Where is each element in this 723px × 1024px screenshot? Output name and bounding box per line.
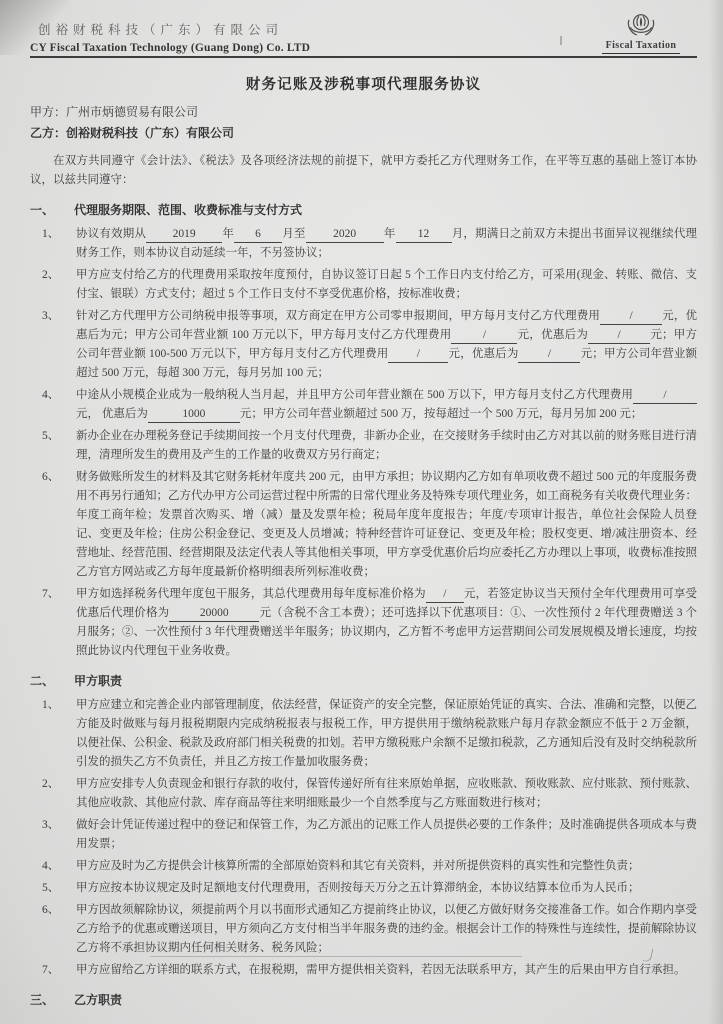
clause: 4、中途从小规模企业成为一般纳税人当月起，并且甲方公司年营业额在 500 万以下… — [30, 386, 697, 424]
clause-text: 甲方应留给乙方详细的联系方式，在报税期，需甲方提供相关资料，若因无法联系甲方，其… — [76, 961, 697, 980]
preamble: 在双方共同遵守《会计法》、《税法》及各项经济法规的前提下，就甲方委托乙方代理财务… — [30, 152, 697, 190]
clause: 5、甲方应按本协议规定及时足额地支付代理费用，否则按每天万分之五计算滞纳金，本协… — [30, 879, 697, 898]
clause-text: 甲方应建立和完善企业内部管理制度，依法经营，保证资产的安全完整，保证原始凭证的真… — [76, 696, 697, 772]
fill-in-blank: / — [588, 329, 650, 344]
clause-text: 甲方应支付给乙方的代理费用采取按年度预付，自协议签订日起 5 个工作日内支付给乙… — [76, 266, 697, 304]
clause-number: 7、 — [42, 961, 76, 980]
clause: 6、财务做账所发生的材料及其它财务耗材年度共 200 元，由甲方承担；协议期内乙… — [30, 468, 697, 582]
clause-number: 6、 — [42, 901, 76, 958]
section-heading: 三、乙方职责 — [30, 991, 697, 1008]
fill-in-blank: 2019 — [146, 228, 222, 243]
parties-block: 甲方：广州市炳德贸易有限公司乙方：创裕财税科技（广东）有限公司 — [30, 103, 697, 143]
clause-number: 2、 — [42, 266, 76, 304]
clause: 5、新办企业在办理税务登记手续期间按一个月支付代理费，非新办企业，在交接财务手续… — [30, 427, 697, 465]
fill-in-blank: / — [600, 310, 662, 325]
fill-in-blank: 12 — [396, 228, 452, 243]
section-title: 代理服务期限、范围、收费标准与支付方式 — [74, 201, 302, 218]
scanned-contract-page: 创裕财税科技（广东）有限公司 CY Fiscal Taxation Techno… — [0, 0, 723, 1024]
clause-number: 5、 — [42, 879, 76, 898]
fill-in-blank: 1000 — [148, 408, 240, 423]
section-number: 三、 — [30, 991, 74, 1008]
clause-number: 3、 — [42, 307, 76, 383]
company-name-en: CY Fiscal Taxation Technology (Guang Don… — [30, 42, 310, 54]
party-b-line: 乙方：创裕财税科技（广东）有限公司 — [30, 124, 697, 143]
clause-number: 6、 — [42, 468, 76, 582]
clause: 1、甲方应建立和完善企业内部管理制度，依法经营，保证资产的安全完整，保证原始凭证… — [30, 696, 697, 772]
letterhead: 创裕财税科技（广东）有限公司 CY Fiscal Taxation Techno… — [30, 10, 697, 58]
clause: 6、甲方因故须解除协议，须提前两个月以书面形式通知乙方提前终止协议，以便乙方做好… — [30, 901, 697, 958]
clause: 2、甲方应安排专人负责现金和银行存款的收付，保管传递好所有往来原始单据，应收账款… — [30, 775, 697, 813]
fill-in-blank: 6 — [234, 228, 282, 243]
clause: 7、甲方应留给乙方详细的联系方式，在报税期，需甲方提供相关资料，若因无法联系甲方… — [30, 961, 697, 980]
clause-number: 3、 — [42, 816, 76, 854]
section-heading: 二、甲方职责 — [30, 672, 697, 689]
clause: 1、协议有效期从2019年6月至2020年12月，期满日之前双方未提出书面异议视… — [30, 225, 697, 263]
fill-in-blank: / — [518, 348, 580, 363]
clause-number: 1、 — [42, 225, 76, 263]
clause-text: 财务做账所发生的材料及其它财务耗材年度共 200 元，由甲方承担；协议期内乙方如… — [76, 468, 697, 582]
party-name: 广州市炳德贸易有限公司 — [66, 105, 198, 119]
fill-in-blank: 20000 — [169, 607, 259, 622]
clause: 3、做好会计凭证传递过程中的登记和保管工作，为乙方派出的记账工作人员提供必要的工… — [30, 816, 697, 854]
sections-container: 一、代理服务期限、范围、收费标准与支付方式1、协议有效期从2019年6月至202… — [30, 201, 697, 1008]
section-heading: 一、代理服务期限、范围、收费标准与支付方式 — [30, 201, 697, 218]
clause-number: 1、 — [42, 696, 76, 772]
clause-text: 甲方应按本协议规定及时足额地支付代理费用，否则按每天万分之五计算滞纳金，本协议结… — [76, 879, 697, 898]
clause-number: 4、 — [42, 857, 76, 876]
clause-number: 7、 — [42, 585, 76, 661]
party-label: 甲方： — [30, 105, 66, 119]
clause-text: 协议有效期从2019年6月至2020年12月，期满日之前双方未提出书面异议视继续… — [76, 225, 697, 263]
document-title: 财务记账及涉税事项代理服务协议 — [30, 73, 697, 94]
clause-text: 中途从小规模企业成为一般纳税人当月起，并且甲方公司年营业额在 500 万以下，甲… — [76, 386, 697, 424]
scan-artifact-line — [150, 956, 522, 957]
clause-text: 甲方应安排专人负责现金和银行存款的收付，保管传递好所有往来原始单据，应收账款、预… — [76, 775, 697, 813]
clause-text: 新办企业在办理税务登记手续期间按一个月支付代理费，非新办企业，在交接财务手续时由… — [76, 427, 697, 465]
party-a-line: 甲方：广州市炳德贸易有限公司 — [30, 103, 697, 122]
section-number: 一、 — [30, 201, 74, 218]
logo-caption: Fiscal Taxation — [602, 39, 681, 54]
company-name-cn: 创裕财税科技（广东）有限公司 — [38, 20, 310, 38]
fill-in-blank: / — [426, 588, 464, 603]
clause: 7、甲方如选择税务代理年度包干服务，其总代理费用每年度标准价格为/元，若签定协议… — [30, 585, 697, 661]
clause-number: 4、 — [42, 386, 76, 424]
section-number: 二、 — [30, 672, 74, 689]
clause-number: 2、 — [42, 775, 76, 813]
clause-text: 做好会计凭证传递过程中的登记和保管工作，为乙方派出的记账工作人员提供必要的工作条… — [76, 816, 697, 854]
clause-text: 甲方应及时为乙方提供会计核算所需的全部原始资料和其它有关资料，并对所提供资料的真… — [76, 857, 697, 876]
scan-artifact-dot — [560, 36, 562, 45]
clause-text: 甲方因故须解除协议，须提前两个月以书面形式通知乙方提前终止协议，以便乙方做好财务… — [76, 901, 697, 958]
fill-in-blank: / — [388, 348, 448, 363]
fiscal-taxation-logo-icon — [585, 11, 697, 39]
party-label: 乙方： — [30, 126, 66, 140]
fill-in-blank: 2020 — [306, 228, 384, 243]
clause-text: 甲方如选择税务代理年度包干服务，其总代理费用每年度标准价格为/元，若签定协议当天… — [76, 585, 697, 661]
section-title: 甲方职责 — [74, 672, 122, 689]
letterhead-company-block: 创裕财税科技（广东）有限公司 CY Fiscal Taxation Techno… — [30, 20, 310, 54]
clause: 3、针对乙方代理甲方公司纳税申报等事项，双方商定在甲方公司零申报期间，甲方每月支… — [30, 307, 697, 383]
clause: 2、甲方应支付给乙方的代理费用采取按年度预付，自协议签订日起 5 个工作日内支付… — [30, 266, 697, 304]
clause: 4、甲方应及时为乙方提供会计核算所需的全部原始资料和其它有关资料，并对所提供资料… — [30, 857, 697, 876]
fill-in-blank: / — [451, 329, 517, 344]
fill-in-blank: / — [633, 389, 697, 404]
party-name: 创裕财税科技（广东）有限公司 — [66, 126, 234, 140]
clause-number: 5、 — [42, 427, 76, 465]
section-title: 乙方职责 — [74, 991, 122, 1008]
clause-text: 针对乙方代理甲方公司纳税申报等事项，双方商定在甲方公司零申报期间，甲方每月支付乙… — [76, 307, 697, 383]
letterhead-logo-block: Fiscal Taxation — [585, 11, 697, 54]
